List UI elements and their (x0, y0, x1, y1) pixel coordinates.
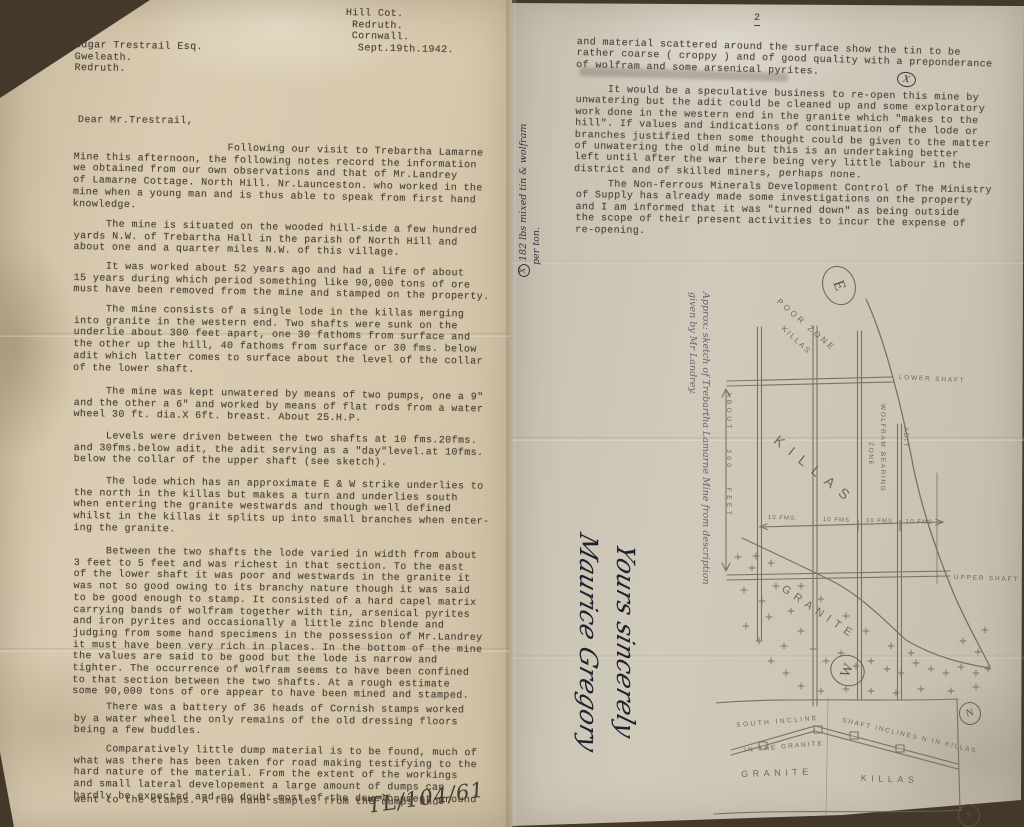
letter-scan-photo: Hill Cot. Redruth. Cornwall. Sept.19th.1… (0, 0, 1024, 827)
sender-address: Hill Cot. Redruth. Cornwall. Sept.19th.1… (345, 8, 455, 57)
margin-note-text: 182 lbs mixed tin & wolfram per ton. (518, 124, 542, 277)
typed-paragraph: It would be a speculative business to re… (574, 84, 992, 185)
dimension-label: 10 FMS. (768, 515, 798, 522)
fold-crease (512, 437, 1024, 441)
typed-paragraph: The mine is situated on the wooded hill-… (73, 219, 477, 261)
wolfram-zone-label: ZONE (867, 442, 874, 466)
typed-paragraph: There was a battery of 36 heads of Corni… (74, 702, 465, 741)
killas-label-section: KILLAS (861, 773, 919, 785)
page-number: 2 (754, 13, 760, 26)
margin-note-handwritten: X182 lbs mixed tin & wolfram per ton. (517, 124, 543, 277)
recipient-address: Edgar Trestrail Esq. Gweleath. Redruth. (74, 40, 203, 77)
signature-handwritten: Yours sincerely Maurice Gregory (570, 529, 644, 767)
sketch-caption-handwritten: Approx: sketch of Trebartha Lamarne Mine… (686, 292, 712, 585)
typed-paragraph: Following our visit to Trebartha Lamarne… (73, 140, 484, 219)
dimension-label: 10 FMS (866, 518, 893, 525)
wolfram-zone-label: WOLFRAM BEARING (879, 404, 886, 492)
typed-paragraph: Levels were driven between the two shaft… (74, 431, 484, 471)
typed-paragraph: The Non-ferrous Minerals Development Con… (575, 179, 992, 243)
page-seam (506, 0, 516, 827)
typed-paragraph: The lode which has an approximate E & W … (73, 476, 490, 540)
circled-x-annotation: X (518, 264, 530, 277)
dimension-label: 10 FMS (823, 517, 850, 524)
dimension-label: 10 FMS (906, 519, 933, 526)
typed-paragraph: The mine was kept unwatered by means of … (73, 386, 483, 428)
adit-label: ADIT (902, 427, 909, 448)
salutation: Dear Mr.Trestrail, (78, 115, 193, 128)
fold-crease (512, 260, 1024, 264)
typed-paragraph: The mine consists of a single lode in th… (73, 304, 484, 380)
typed-paragraph: Between the two shafts the lode varied i… (72, 546, 484, 703)
scale-note-label: ABOUT 300 FEET (725, 392, 732, 518)
